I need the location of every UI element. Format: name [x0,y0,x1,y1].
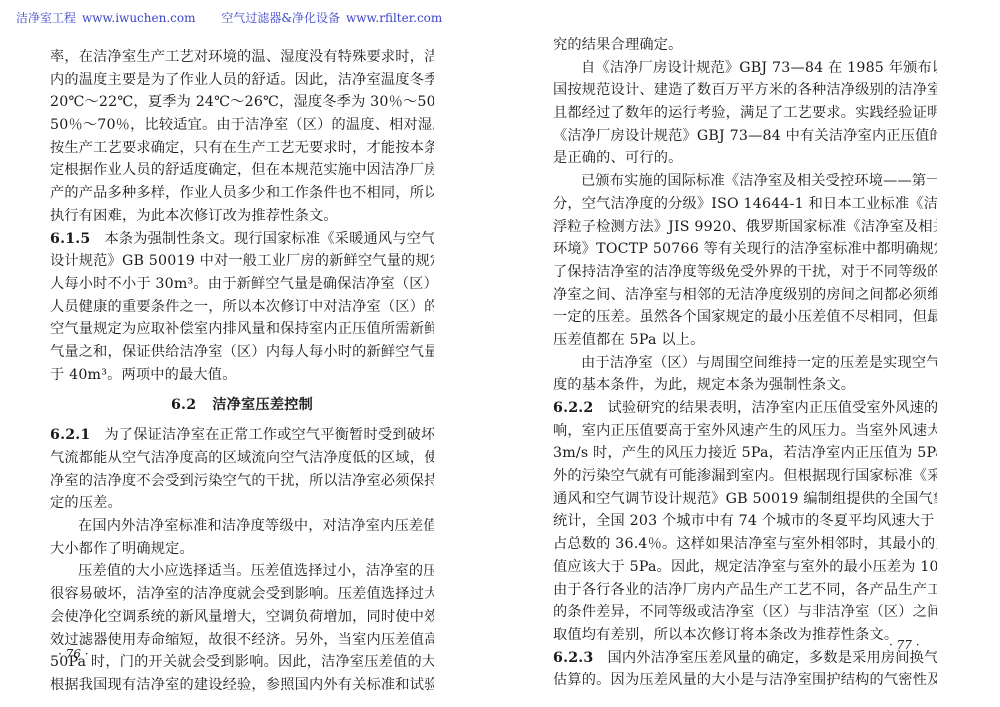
line-text: 3m/s 时，产生的风压力接近 5Pa，若洁净室内正压值为 5Pa 时，室 [553,445,937,461]
line-text: 外的污染空气就有可能渗漏到室内。但根据现行国家标准《采暖 [553,468,937,484]
text-line: 取值均有差别，所以本次修订将本条改为推荐性条文。 [553,624,937,647]
line-text: 由于洁净室（区）与周围空间维持一定的压差是实现空气洁净 [581,355,937,371]
text-line: 由于各行各业的洁净厂房内产品生产工艺不同，各产品生产工序 [553,579,937,602]
line-text: 20℃～22℃，夏季为 24℃～26℃，湿度冬季为 30％～50％，夏季为 [50,94,434,110]
line-text: 人每小时不小于 30m³。由于新鲜空气量是确保洁净室（区）作业 [50,276,434,292]
text-line: 占总数的 36.4％。这样如果洁净室与室外相邻时，其最小的正压 [553,533,937,556]
text-line: 国按规范设计、建造了数百万平方米的各种洁净级别的洁净室，并 [553,79,937,102]
line-text: 气流都能从空气洁净度高的区域流向空气洁净度低的区域，使洁 [50,450,434,466]
clause-number: 6.2.2 [553,400,594,416]
text-line: 《洁净厂房设计规范》GBJ 73—84 中有关洁净室内正压值的选择 [553,125,937,148]
line-text: 为了保证洁净室在正常工作或空气平衡暂时受到破坏时， [105,427,435,443]
line-text: 率，在洁净室生产工艺对环境的温、湿度没有特殊要求时，洁净室 [50,49,434,65]
line-text: 定根据作业人员的舒适度确定，但在本规范实施中因洁净厂房生 [50,162,434,178]
text-line: 环境》TOCTP 50766 等有关现行的洁净室标准中都明确规定，为 [553,238,937,261]
line-text: 的条件差异，不同等级或洁净室（区）与非洁净室（区）之间的压差 [553,604,937,620]
text-line: 值应该大于 5Pa。因此，规定洁净室与室外的最小压差为 10Pa。 [553,556,937,579]
line-text: 一定的压差。虽然各个国家规定的最小压差值不尽相同，但最小 [553,309,937,325]
line-text: 根据我国现有洁净室的建设经验，参照国内外有关标准和试验研 [50,677,434,693]
text-line: 分，空气洁净度的分级》ISO 14644-1 和日本工业标准《洁净室悬 [553,193,937,216]
line-text: 环境》TOCTP 50766 等有关现行的洁净室标准中都明确规定，为 [553,241,937,257]
line-text: 很容易破坏，洁净室的洁净度就会受到影响。压差值选择过大，就 [50,586,434,602]
text-line: 压差值的大小应选择适当。压差值选择过小，洁净室的压差 [50,560,434,583]
left-page-number: · 76 · [58,647,89,661]
line-text: 自《洁净厂房设计规范》GBJ 73—84 在 1985 年颁布以来，我 [581,60,937,76]
text-line: 一定的压差。虽然各个国家规定的最小压差值不尽相同，但最小 [553,306,937,329]
text-line: 响，室内正压值要高于室外风速产生的风压力。当室外风速大于 [553,420,937,443]
line-text: 50Pa 时，门的开关就会受到影响。因此，洁净室压差值的大小应 [50,654,434,670]
clause-number: 6.1.5 [50,231,91,247]
text-line: 的条件差异，不同等级或洁净室（区）与非洁净室（区）之间的压差 [553,601,937,624]
line-text: 气量之和，保证供给洁净室（区）内每人每小时的新鲜空气量不小 [50,344,434,360]
line-text: 会使净化空调系统的新风量增大，空调负荷增加，同时使中效、高 [50,609,434,625]
line-text: 究的结果合理确定。 [553,37,683,53]
line-text: 净室之间、洁净室与相邻的无洁净度级别的房间之间都必须维持 [553,287,937,303]
text-line: 会使净化空调系统的新风量增大，空调负荷增加，同时使中效、高 [50,606,434,629]
line-text: 分，空气洁净度的分级》ISO 14644-1 和日本工业标准《洁净室悬 [553,196,937,212]
text-line: 净室的洁净度不会受到污染空气的干扰，所以洁净室必须保持一 [50,470,434,493]
line-text: 试验研究的结果表明，洁净室内正压值受室外风速的影 [608,400,938,416]
site2-url: www.rfilter.com [346,11,442,25]
text-line: 究的结果合理确定。 [553,34,937,57]
left-page-text: 率，在洁净室生产工艺对环境的温、湿度没有特殊要求时，洁净室内的温度主要是为了作业… [50,46,434,697]
line-text: 通风和空气调节设计规范》GB 50019 编制组提供的全国气象资料 [553,491,937,507]
line-text: 估算的。因为压差风量的大小是与洁净室围护结构的气密性及维 [553,672,937,688]
line-text: 空气量规定为应取补偿室内排风量和保持室内正压值所需新鲜空 [50,321,434,337]
line-text: 压差值都在 5Pa 以上。 [553,332,705,348]
right-page-text: 究的结果合理确定。自《洁净厂房设计规范》GBJ 73—84 在 1985 年颁布… [553,34,937,692]
text-line: 人每小时不小于 30m³。由于新鲜空气量是确保洁净室（区）作业 [50,273,434,296]
text-line: 气流都能从空气洁净度高的区域流向空气洁净度低的区域，使洁 [50,447,434,470]
text-line: 了保持洁净室的洁净度等级免受外界的干扰，对于不同等级的洁 [553,261,937,284]
text-line: 50Pa 时，门的开关就会受到影响。因此，洁净室压差值的大小应 [50,651,434,674]
text-line: 大小都作了明确规定。 [50,538,434,561]
text-line: 浮粒子检测方法》JIS 9920、俄罗斯国家标准《洁净室及相关受控 [553,216,937,239]
text-line: 执行有困难，为此本次修订改为推荐性条文。 [50,205,434,228]
line-text: 是正确的、可行的。 [553,150,683,166]
text-line: 压差值都在 5Pa 以上。 [553,329,937,352]
text-line: 于 40m³。两项中的最大值。 [50,364,434,387]
text-line: 率，在洁净室生产工艺对环境的温、湿度没有特殊要求时，洁净室 [50,46,434,69]
site2-name: 空气过滤器&净化设备 [221,11,340,25]
line-text: 效过滤器使用寿命缩短，故很不经济。另外，当室内压差值高于 [50,632,434,648]
text-line: 已颁布实施的国际标准《洁净室及相关受控环境——第一部 [553,170,937,193]
line-text: 人员健康的重要条件之一，所以本次修订中对洁净室（区）的新鲜 [50,299,434,315]
line-text: 了保持洁净室的洁净度等级免受外界的干扰，对于不同等级的洁 [553,264,937,280]
line-text: 设计规范》GB 50019 中对一般工业厂房的新鲜空气量的规定为每 [50,253,434,269]
text-line: 效过滤器使用寿命缩短，故很不经济。另外，当室内压差值高于 [50,629,434,652]
line-text: 本条为强制性条文。现行国家标准《采暖通风与空气调节 [105,231,435,247]
section-heading: 6.2洁净室压差控制 [50,386,434,424]
line-text: 国内外洁净室压差风量的确定，多数是采用房间换气次数 [608,650,938,666]
text-line: 50％～70％，比较适宜。由于洁净室（区）的温度、相对湿度首先应 [50,114,434,137]
text-line: 净室之间、洁净室与相邻的无洁净度级别的房间之间都必须维持 [553,284,937,307]
site1-url: www.iwuchen.com [82,11,195,25]
clause-line: 6.2.2试验研究的结果表明，洁净室内正压值受室外风速的影 [553,397,937,420]
text-line: 人员健康的重要条件之一，所以本次修订中对洁净室（区）的新鲜 [50,296,434,319]
text-line: 很容易破坏，洁净室的洁净度就会受到影响。压差值选择过大，就 [50,583,434,606]
line-text: 由于各行各业的洁净厂房内产品生产工艺不同，各产品生产工序 [553,582,937,598]
text-line: 3m/s 时，产生的风压力接近 5Pa，若洁净室内正压值为 5Pa 时，室 [553,442,937,465]
text-line: 根据我国现有洁净室的建设经验，参照国内外有关标准和试验研 [50,674,434,697]
text-line: 空气量规定为应取补偿室内排风量和保持室内正压值所需新鲜空 [50,318,434,341]
text-line: 统计，全国 203 个城市中有 74 个城市的冬夏平均风速大于 3m/s， [553,510,937,533]
text-line: 设计规范》GB 50019 中对一般工业厂房的新鲜空气量的规定为每 [50,250,434,273]
line-text: 压差值的大小应选择适当。压差值选择过小，洁净室的压差 [78,563,434,579]
line-text: 50％～70％，比较适宜。由于洁净室（区）的温度、相对湿度首先应 [50,117,434,133]
clause-line: 6.2.1为了保证洁净室在正常工作或空气平衡暂时受到破坏时， [50,424,434,447]
text-line: 自《洁净厂房设计规范》GBJ 73—84 在 1985 年颁布以来，我 [553,57,937,80]
line-text: 内的温度主要是为了作业人员的舒适。因此，洁净室温度冬季为 [50,72,434,88]
line-text: 在国内外洁净室标准和洁净度等级中，对洁净室内压差值的 [78,518,434,534]
line-text: 大小都作了明确规定。 [50,541,194,557]
line-text: 洁净室压差控制 [212,397,313,413]
line-text: 值应该大于 5Pa。因此，规定洁净室与室外的最小压差为 10Pa。 [553,559,937,575]
clause-number: 6.2.3 [553,650,594,666]
line-text: 占总数的 36.4％。这样如果洁净室与室外相邻时，其最小的正压 [553,536,937,552]
line-text: 于 40m³。两项中的最大值。 [50,367,237,383]
text-line: 定的压差。 [50,492,434,515]
site1-name: 洁净室工程 [16,11,76,25]
text-line: 是正确的、可行的。 [553,147,937,170]
line-text: 按生产工艺要求确定，只有在生产工艺无要求时，才能按本条的规 [50,140,434,156]
line-text: 浮粒子检测方法》JIS 9920、俄罗斯国家标准《洁净室及相关受控 [553,219,937,235]
text-line: 按生产工艺要求确定，只有在生产工艺无要求时，才能按本条的规 [50,137,434,160]
line-text: 统计，全国 203 个城市中有 74 个城市的冬夏平均风速大于 3m/s， [553,513,937,529]
clause-number: 6.2.1 [50,427,91,443]
text-line: 度的基本条件，为此，规定本条为强制性条文。 [553,374,937,397]
watermark-header: 洁净室工程www.iwuchen.com 空气过滤器&净化设备www.rfilt… [16,9,464,26]
header-site2[interactable]: 空气过滤器&净化设备www.rfilter.com [221,11,442,25]
header-site1[interactable]: 洁净室工程www.iwuchen.com [16,11,195,25]
line-text: 定的压差。 [50,495,122,511]
text-line: 气量之和，保证供给洁净室（区）内每人每小时的新鲜空气量不小 [50,341,434,364]
line-text: 产的产品多种多样，作业人员多少和工作条件也不相同，所以强制 [50,185,434,201]
line-text: 净室的洁净度不会受到污染空气的干扰，所以洁净室必须保持一 [50,473,434,489]
line-text: 《洁净厂房设计规范》GBJ 73—84 中有关洁净室内正压值的选择 [553,128,937,144]
text-line: 20℃～22℃，夏季为 24℃～26℃，湿度冬季为 30％～50％，夏季为 [50,91,434,114]
text-line: 外的污染空气就有可能渗漏到室内。但根据现行国家标准《采暖 [553,465,937,488]
line-text: 执行有困难，为此本次修订改为推荐性条文。 [50,208,338,224]
clause-number: 6.2 [171,397,196,413]
right-page-number: · 77 · [889,638,920,652]
text-line: 通风和空气调节设计规范》GB 50019 编制组提供的全国气象资料 [553,488,937,511]
clause-line: 6.1.5本条为强制性条文。现行国家标准《采暖通风与空气调节 [50,228,434,251]
text-line: 产的产品多种多样，作业人员多少和工作条件也不相同，所以强制 [50,182,434,205]
line-text: 度的基本条件，为此，规定本条为强制性条文。 [553,377,855,393]
line-text: 取值均有差别，所以本次修订将本条改为推荐性条文。 [553,627,898,643]
text-line: 内的温度主要是为了作业人员的舒适。因此，洁净室温度冬季为 [50,69,434,92]
text-line: 定根据作业人员的舒适度确定，但在本规范实施中因洁净厂房生 [50,159,434,182]
line-text: 响，室内正压值要高于室外风速产生的风压力。当室外风速大于 [553,423,937,439]
line-text: 国按规范设计、建造了数百万平方米的各种洁净级别的洁净室，并 [553,82,937,98]
text-line: 且都经过了数年的运行考验，满足了工艺要求。实践经验证明， [553,102,937,125]
text-line: 在国内外洁净室标准和洁净度等级中，对洁净室内压差值的 [50,515,434,538]
line-text: 已颁布实施的国际标准《洁净室及相关受控环境——第一部 [581,173,937,189]
clause-line: 6.2.3国内外洁净室压差风量的确定，多数是采用房间换气次数 [553,647,937,670]
text-line: 由于洁净室（区）与周围空间维持一定的压差是实现空气洁净 [553,352,937,375]
line-text: 且都经过了数年的运行考验，满足了工艺要求。实践经验证明， [553,105,937,121]
text-line: 估算的。因为压差风量的大小是与洁净室围护结构的气密性及维 [553,669,937,692]
